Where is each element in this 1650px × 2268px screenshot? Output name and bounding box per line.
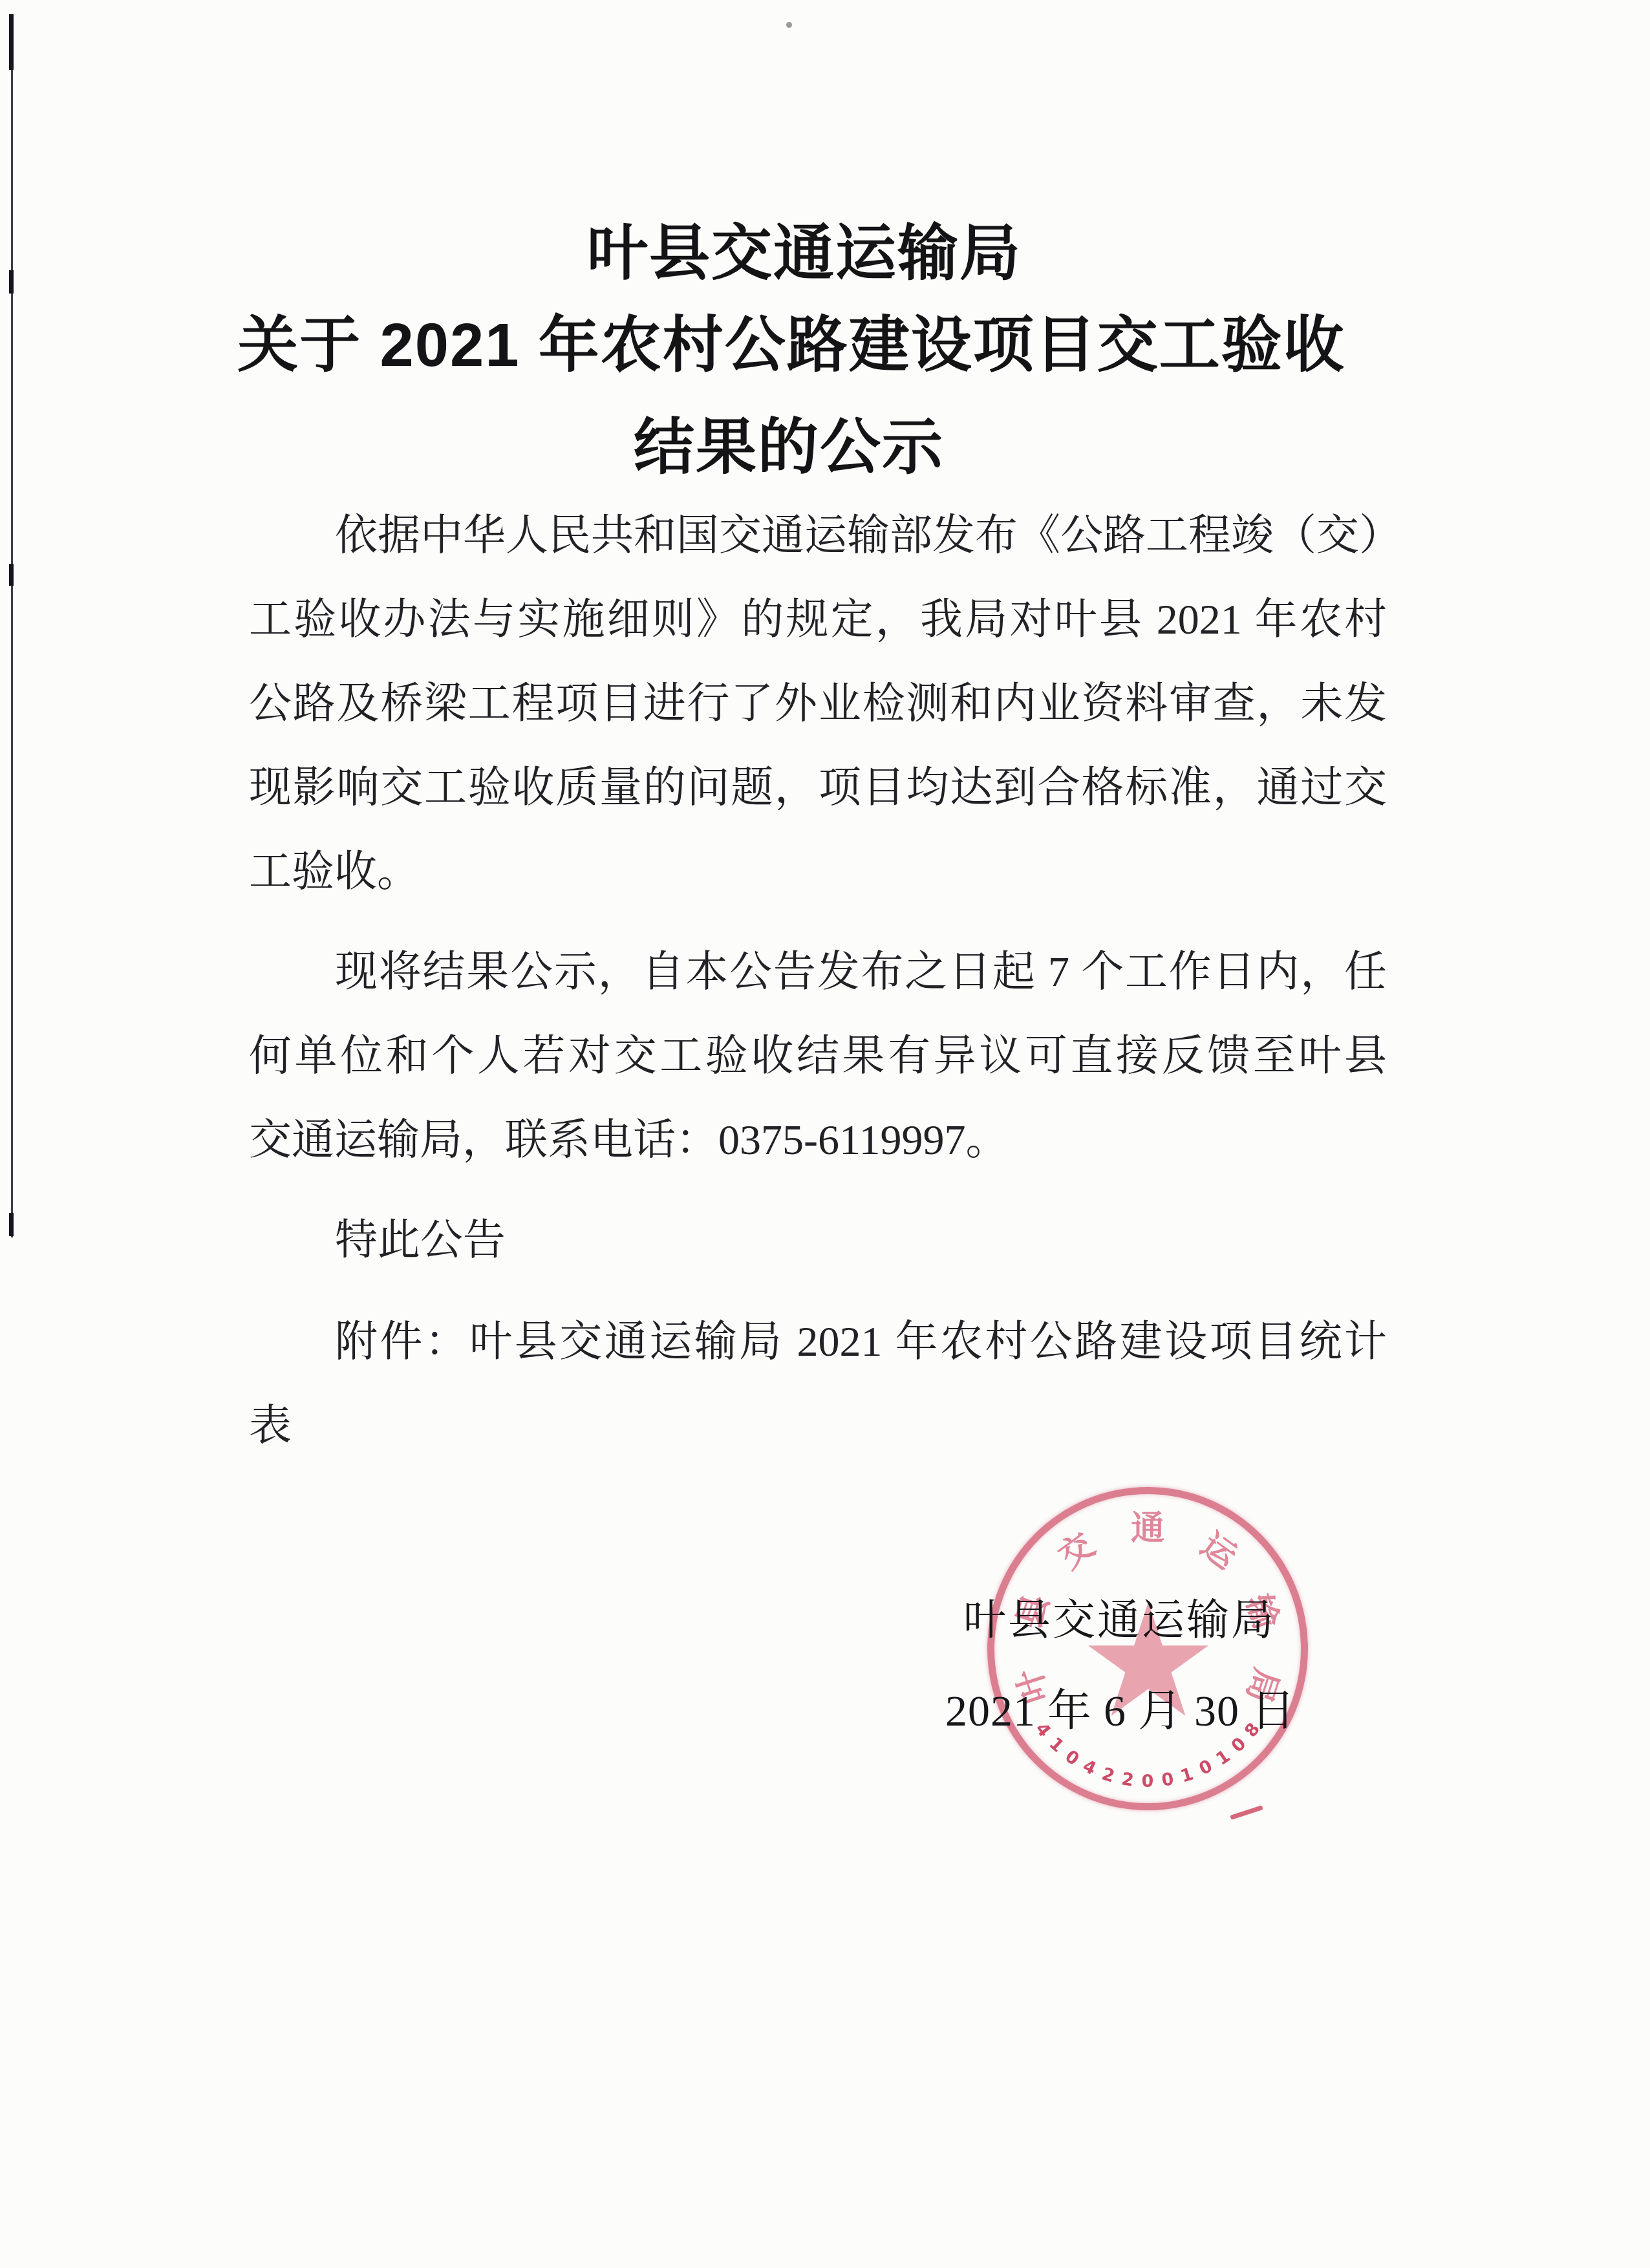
body-line: 交通运输局，联系电话：0375-6119997。 — [249, 1098, 1387, 1182]
scan-artifact — [9, 564, 14, 586]
document-title-result: 结果的公示 — [0, 398, 1614, 486]
body-line: 现将结果公示，自本公告发布之日起 7 个工作日内，任 — [249, 930, 1387, 1014]
signature-date: 2021 年 6 月 30 日 — [945, 1676, 1296, 1738]
signature-org: 叶县交通运输局 — [963, 1585, 1276, 1647]
document-body: 依据中华人民共和国交通运输部发布《公路工程竣（交） 工验收办法与实施细则》的规定… — [249, 494, 1387, 1468]
official-seal: 叶县交通运输局4104220010108 — [987, 1487, 1308, 1810]
seal-digit: 0 — [1161, 1770, 1175, 1790]
body-line: 公路及桥梁工程项目进行了外业检测和内业资料审查，未发 — [249, 662, 1387, 746]
scan-artifact — [9, 1213, 14, 1236]
document-page: 叶县交通运输局 关于 2021 年农村公路建设项目交工验收 结果的公示 依据中华… — [0, 0, 1650, 2268]
body-line: 依据中华人民共和国交通运输部发布《公路工程竣（交） — [249, 494, 1387, 578]
document-title-subject: 关于 2021 年农村公路建设项目交工验收 — [0, 296, 1616, 383]
body-line: 何单位和个人若对交工验收结果有异议可直接反馈至叶县 — [249, 1014, 1387, 1098]
body-line: 工验收。 — [249, 830, 1387, 914]
body-line-notice: 特此公告 — [249, 1199, 1387, 1283]
scan-artifact-left-edge — [11, 14, 13, 1237]
body-line: 现影响交工验收质量的问题，项目均达到合格标准，通过交 — [249, 746, 1387, 830]
seal-ring-char: 通 — [1131, 1512, 1164, 1546]
body-line: 工验收办法与实施细则》的规定，我局对叶县 2021 年农村 — [249, 578, 1387, 662]
scan-artifact-speck — [786, 22, 792, 28]
document-title-org: 叶县交通运输局 — [0, 204, 1629, 292]
body-line-attachment: 附件：叶县交通运输局 2021 年农村公路建设项目统计 — [249, 1300, 1387, 1384]
scan-artifact — [9, 14, 14, 70]
seal-digit: 0 — [1142, 1773, 1154, 1790]
body-line: 表 — [249, 1384, 1387, 1468]
